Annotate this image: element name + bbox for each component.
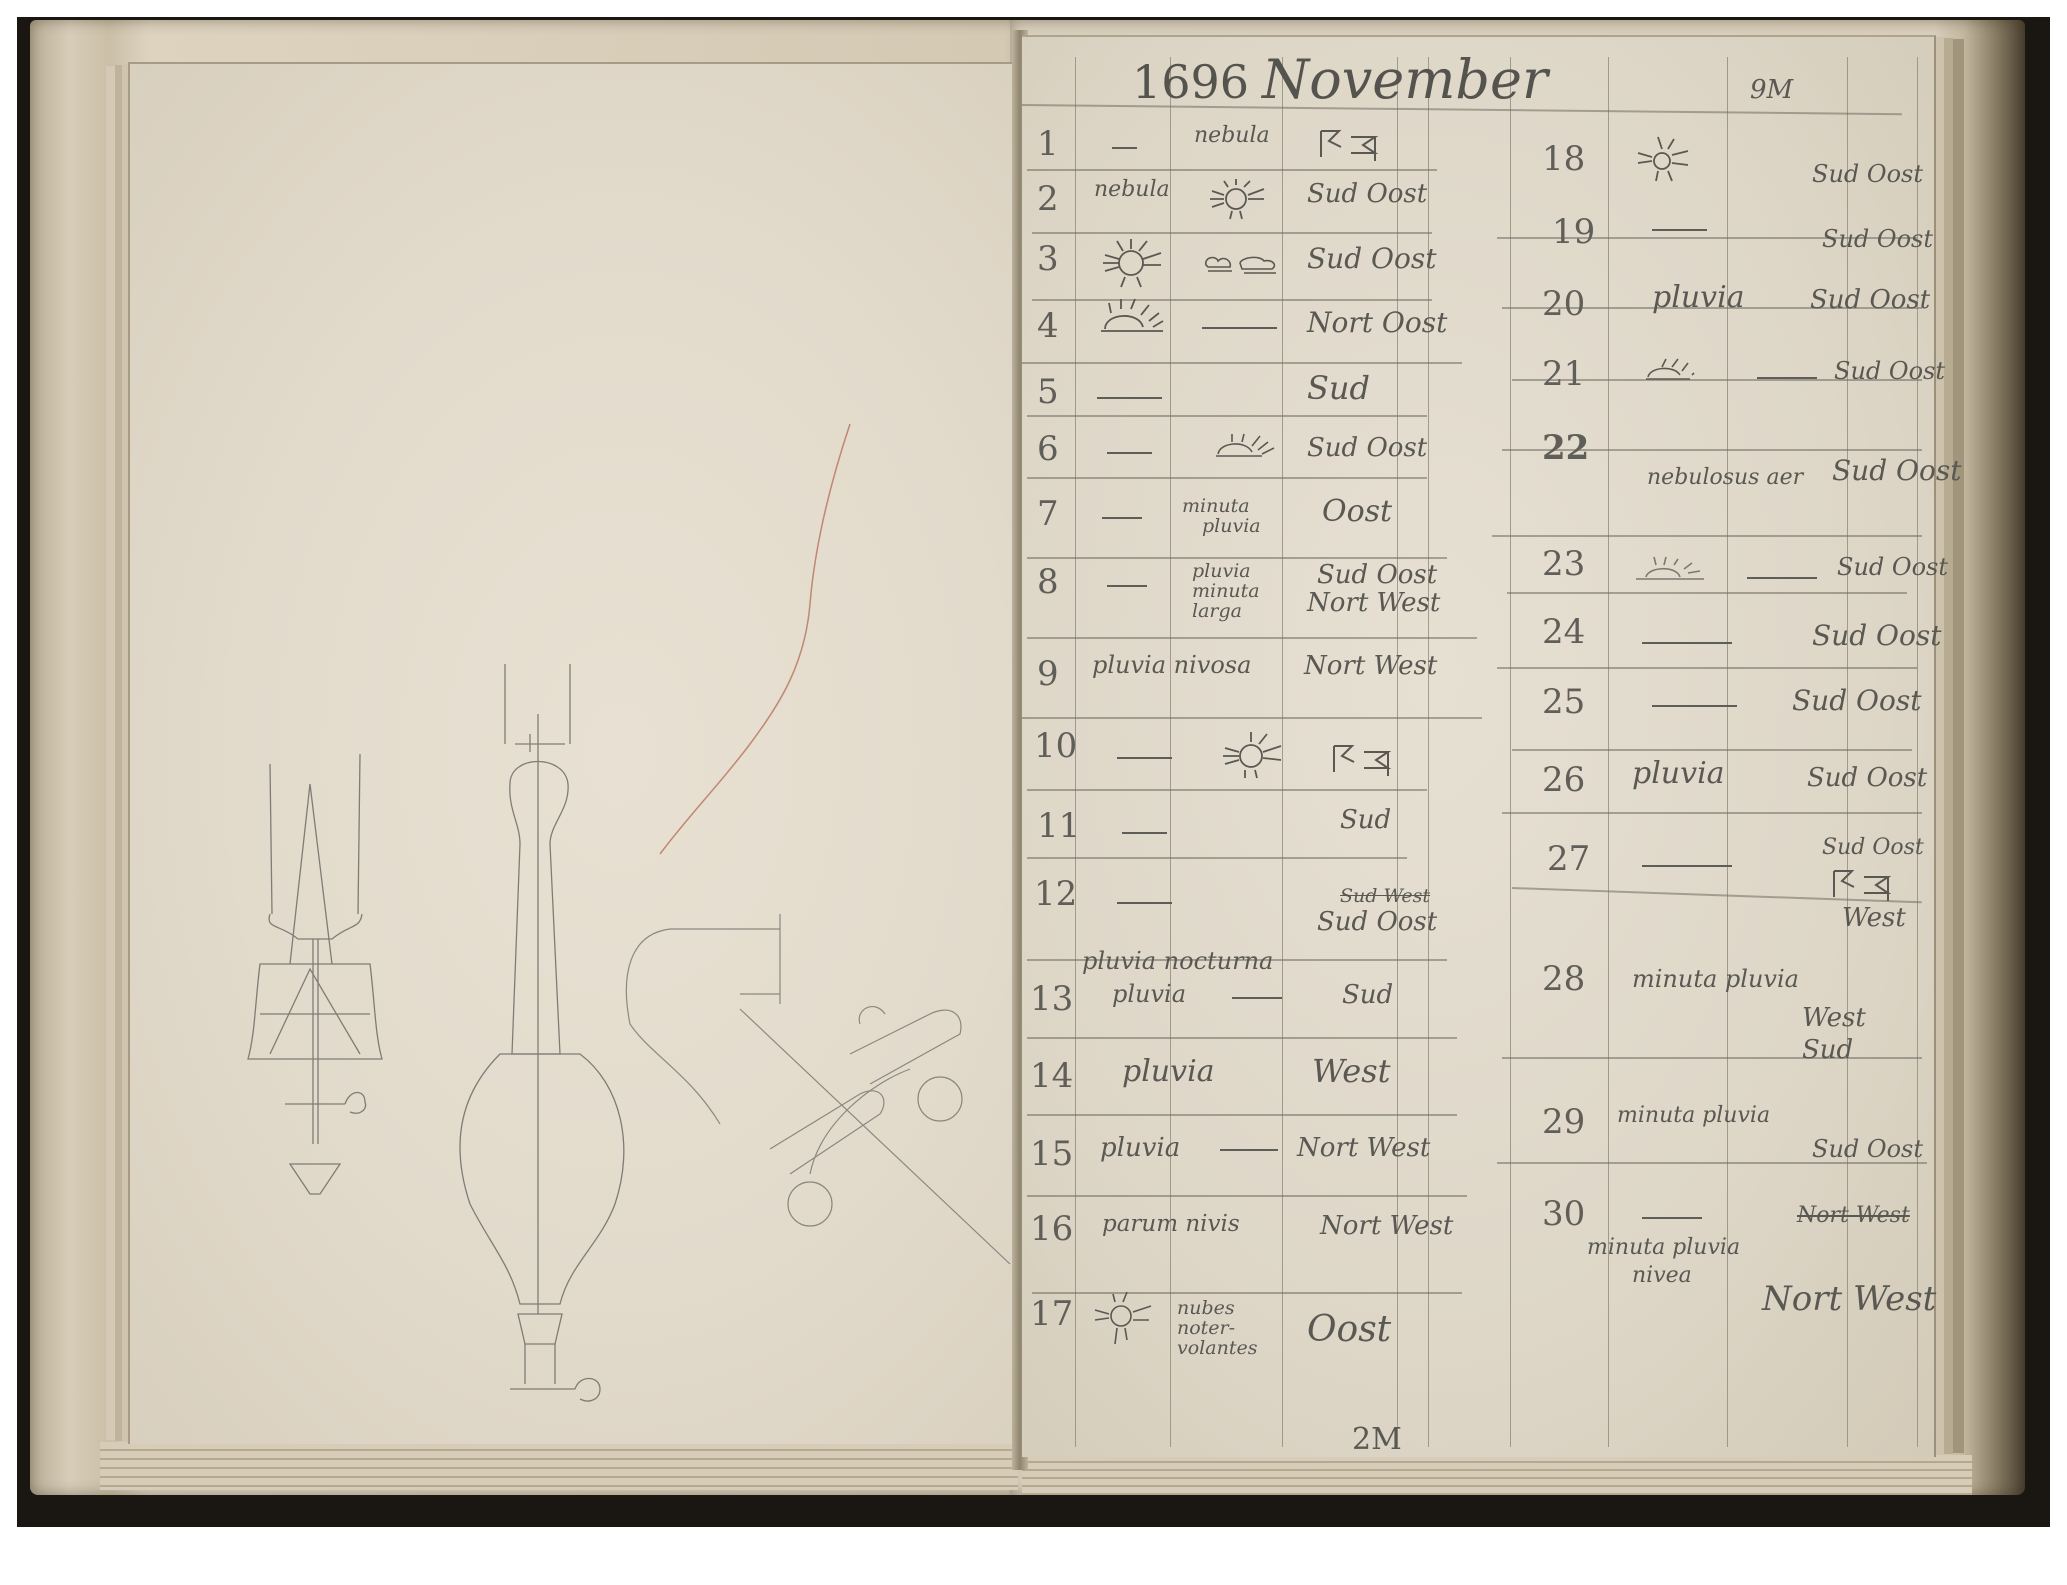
no-observation-dash [1757, 377, 1817, 379]
wind-direction: Oost [1322, 497, 1392, 527]
weather-note: volantes [1177, 1339, 1257, 1358]
day-number: 22 [1542, 431, 1589, 465]
wind-direction: Sud [1307, 372, 1370, 404]
weather-note: pluvia [1100, 1135, 1180, 1161]
day-number: 16 [1030, 1212, 1073, 1246]
struck-wind-direction: Sud West [1340, 887, 1430, 906]
row-rule [1027, 1195, 1467, 1197]
signature-mark: 2M [1352, 1425, 1402, 1455]
wind-direction: Sud Oost [1317, 909, 1437, 935]
page-year: 1696 [1132, 59, 1249, 105]
weather-note: pluvia [1192, 562, 1251, 581]
wind-direction: Sud Oost [1822, 227, 1933, 251]
weather-note: pluvia [1202, 517, 1261, 536]
wind-direction: Sud Oost [1834, 359, 1945, 383]
wind-direction: Sud Oost [1812, 162, 1923, 186]
wind-direction: Nort West [1320, 1213, 1453, 1239]
row-rule [1022, 362, 1462, 364]
sun-icon [1217, 732, 1287, 782]
clouds-icon [1202, 249, 1282, 279]
no-observation-dash [1097, 397, 1162, 399]
day-number: 11 [1037, 809, 1080, 843]
half-sun-icon [1632, 555, 1712, 585]
day-number: 29 [1542, 1105, 1585, 1139]
day-number: 7 [1037, 497, 1059, 531]
wind-direction: Sud Oost [1807, 765, 1927, 791]
grid-line [1847, 57, 1848, 1447]
day-number: 19 [1552, 215, 1595, 249]
day-number: 9 [1037, 657, 1059, 691]
weather-note: nivea [1632, 1265, 1692, 1287]
row-rule [1512, 749, 1912, 751]
day-number: 27 [1547, 842, 1590, 876]
weather-note: minuta pluvia [1632, 967, 1799, 991]
wind-direction: Oost [1307, 1312, 1391, 1348]
wind-direction: Sud Oost [1307, 181, 1427, 207]
row-rule [1027, 557, 1447, 559]
half-sun-icon [1642, 357, 1702, 387]
weather-note: nebula [1094, 179, 1170, 201]
day-number: 14 [1030, 1059, 1073, 1093]
half-sun-icon [1097, 297, 1167, 337]
day-number: 4 [1037, 309, 1059, 343]
weather-note: nubes [1177, 1299, 1235, 1318]
wind-direction: West [1842, 905, 1906, 931]
left-page [128, 62, 1020, 1444]
row-rule [1032, 299, 1432, 301]
weather-log-page: 1696 November 9M 1 nebula 2 nebula Sud O… [1022, 35, 1936, 1457]
sun-icon [1087, 1292, 1157, 1347]
day-number: 3 [1037, 242, 1059, 276]
wind-direction: Sud Oost [1837, 555, 1948, 579]
row-rule [1027, 415, 1427, 417]
weather-note: noter- [1177, 1319, 1235, 1338]
scroll-mechanism-sketch [610, 884, 1030, 1224]
day-number: 1 [1037, 127, 1059, 161]
row-rule [1022, 717, 1482, 719]
day-number: 6 [1037, 432, 1059, 466]
wind-direction: Sud Oost [1822, 837, 1924, 859]
day-number: 13 [1030, 982, 1073, 1016]
row-rule [1502, 1057, 1922, 1059]
day-number: 23 [1542, 547, 1585, 581]
wind-direction: Nort West [1307, 590, 1440, 616]
sun-icon [1202, 177, 1272, 222]
wind-direction: Sud Oost [1810, 287, 1930, 313]
left-page-edges [100, 1442, 1018, 1490]
folio-mark: 9M [1750, 77, 1793, 103]
variable-wind-glyph [1830, 867, 1900, 902]
wind-direction: West [1802, 1005, 1866, 1031]
row-rule [1497, 667, 1917, 669]
grid-line [1510, 57, 1511, 1447]
wind-direction: West [1312, 1055, 1391, 1087]
day-number: 26 [1542, 763, 1585, 797]
grid-line [1170, 57, 1171, 1447]
weather-note: pluvia nivosa [1092, 653, 1251, 677]
row-rule [1027, 477, 1427, 479]
bell-apparatus-sketch [240, 714, 410, 1144]
wind-direction: Nort Oost [1307, 309, 1447, 337]
day-number: 12 [1034, 877, 1077, 911]
weather-note: larga [1192, 602, 1242, 621]
row-rule [1027, 637, 1477, 639]
day-number: 20 [1542, 287, 1585, 321]
day-number: 17 [1030, 1297, 1073, 1331]
day-number: 30 [1542, 1197, 1585, 1231]
sun-icon [1097, 237, 1167, 292]
wind-direction: Sud Oost [1832, 457, 1961, 485]
weather-note: pluvia [1122, 1057, 1215, 1087]
row-rule [1032, 232, 1432, 234]
row-rule [1027, 169, 1437, 171]
row-rule [1027, 857, 1407, 859]
weather-note: nebula [1194, 125, 1270, 147]
no-observation-dash [1107, 452, 1152, 454]
day-number: 8 [1037, 565, 1059, 599]
no-observation-dash [1202, 327, 1277, 329]
no-observation-dash [1122, 832, 1167, 834]
day-number: 2 [1037, 182, 1059, 216]
no-observation-dash [1652, 705, 1737, 707]
wind-direction: Nort West [1762, 1282, 1936, 1316]
weather-note: nebulosus aer [1647, 467, 1803, 489]
weather-note: pluvia [1112, 982, 1186, 1006]
day-number: 5 [1037, 375, 1059, 409]
no-observation-dash [1642, 865, 1732, 867]
wind-direction: Sud [1802, 1037, 1853, 1063]
weather-note: pluvia nocturna [1082, 949, 1273, 973]
no-observation-dash [1747, 577, 1817, 579]
grid-line [1917, 57, 1918, 1447]
day-number: 15 [1030, 1137, 1073, 1171]
weather-note: minuta pluvia [1587, 1237, 1740, 1259]
no-observation-dash [1642, 1217, 1702, 1219]
row-rule [1507, 592, 1907, 594]
row-rule [1027, 1114, 1457, 1116]
variable-wind-glyph [1317, 127, 1387, 162]
wind-direction: Nort West [1304, 653, 1437, 679]
wind-direction: Sud Oost [1812, 1137, 1923, 1161]
no-observation-dash [1652, 229, 1707, 231]
wind-direction: Sud [1342, 982, 1393, 1008]
variable-wind-glyph [1330, 742, 1400, 777]
wind-direction: Nort West [1297, 1135, 1430, 1161]
day-number: 28 [1542, 962, 1585, 996]
half-sun-icon [1212, 432, 1282, 462]
weather-note: minuta pluvia [1617, 1105, 1770, 1127]
right-page-edges [1022, 1455, 1972, 1495]
row-rule [1502, 812, 1922, 814]
no-observation-dash [1112, 147, 1137, 149]
weather-note: pluvia [1652, 283, 1745, 313]
day-number: 21 [1542, 357, 1585, 391]
weather-note: parum nivis [1102, 1213, 1240, 1236]
wind-direction: Sud Oost [1307, 435, 1427, 461]
row-rule [1492, 535, 1922, 537]
no-observation-dash [1642, 642, 1732, 644]
no-observation-dash [1117, 902, 1172, 904]
row-rule [1027, 1037, 1457, 1039]
day-number: 10 [1034, 729, 1077, 763]
wind-direction: Sud Oost [1317, 562, 1437, 588]
weather-note: pluvia [1632, 759, 1725, 789]
no-observation-dash [1107, 585, 1147, 587]
day-number: 25 [1542, 685, 1585, 719]
wind-direction: Sud [1340, 807, 1391, 833]
wind-direction: Sud Oost [1812, 622, 1941, 650]
weather-note: minuta [1182, 497, 1250, 516]
day-number: 18 [1542, 142, 1585, 176]
no-observation-dash [1220, 1149, 1278, 1151]
wind-direction: Sud Oost [1307, 245, 1436, 273]
no-observation-dash [1102, 517, 1142, 519]
day-number: 24 [1542, 615, 1585, 649]
row-rule [1027, 789, 1427, 791]
page-month: November [1262, 53, 1548, 107]
wind-direction: Sud Oost [1792, 687, 1921, 715]
no-observation-dash [1232, 997, 1282, 999]
no-observation-dash [1117, 757, 1172, 759]
weather-note: minuta [1192, 582, 1260, 601]
sun-icon [1632, 135, 1692, 190]
struck-wind-direction: Nort West [1797, 1205, 1910, 1227]
